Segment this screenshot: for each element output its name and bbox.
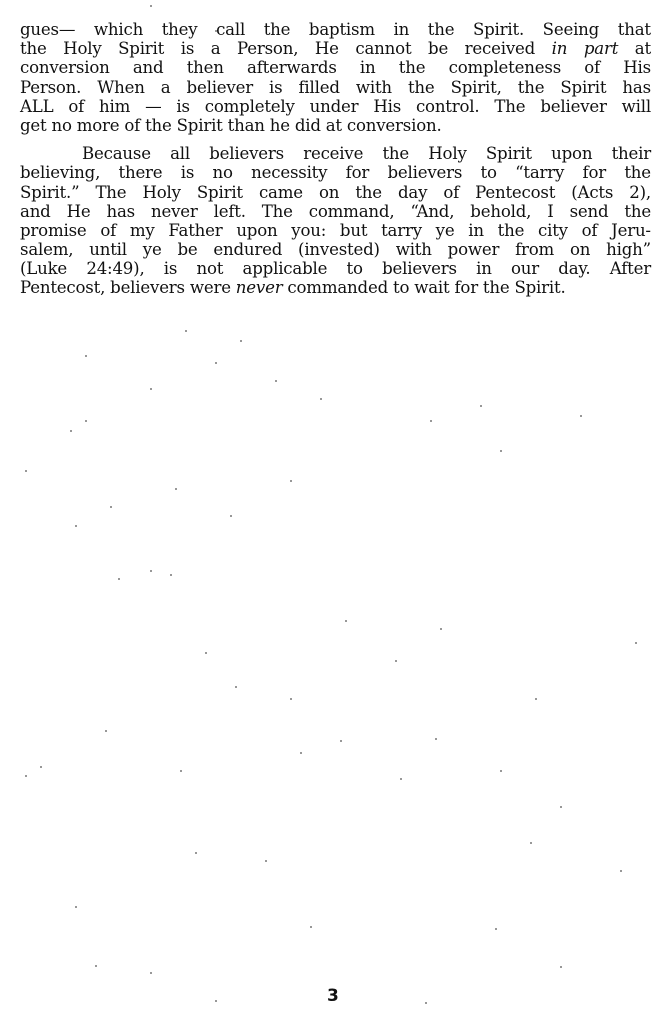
scan-speck <box>40 766 42 768</box>
word: (Luke <box>20 259 67 278</box>
word: you: <box>291 221 326 240</box>
word: the <box>264 20 291 39</box>
word: in <box>360 58 376 77</box>
word: under <box>310 97 359 116</box>
word: of <box>124 116 140 135</box>
word: The <box>494 97 525 116</box>
scan-speck <box>110 506 112 508</box>
scan-speck <box>440 628 442 630</box>
text-line: BecauseallbelieversreceivetheHolySpiritu… <box>20 144 651 163</box>
word: receive <box>303 144 363 163</box>
paragraph: BecauseallbelieversreceivetheHolySpiritu… <box>20 144 651 298</box>
word: completeness <box>449 58 561 77</box>
word: Pentecost, <box>20 278 105 297</box>
word: with <box>356 78 392 97</box>
word: 24:49), <box>86 259 144 278</box>
word: the <box>382 144 409 163</box>
italic-word: in <box>552 39 568 58</box>
scan-speck <box>85 420 87 422</box>
word: until <box>89 240 127 259</box>
word: that <box>618 20 651 39</box>
scan-speck <box>290 480 292 482</box>
text-line: gues—whichtheycallthebaptismintheSpirit.… <box>20 20 651 39</box>
word: believers <box>110 278 185 297</box>
word: His <box>373 97 401 116</box>
word: of <box>100 221 116 240</box>
word: — <box>145 97 161 116</box>
scan-speck <box>320 398 322 400</box>
word: day <box>398 183 427 202</box>
scan-speck <box>105 730 107 732</box>
word: Holy <box>63 39 101 58</box>
scan-speck <box>635 642 637 644</box>
text-line: salem,untilyebeendured(invested)withpowe… <box>20 240 651 259</box>
word: the <box>355 183 382 202</box>
word: The <box>262 202 293 221</box>
word: to <box>393 278 409 297</box>
word: the <box>518 78 545 97</box>
scan-speck <box>300 752 302 754</box>
word: in <box>468 221 484 240</box>
word: Spirit <box>118 39 164 58</box>
word: endured <box>213 240 282 259</box>
word: promise <box>20 221 87 240</box>
word: for <box>583 163 606 182</box>
word: for <box>454 278 477 297</box>
scan-speck <box>480 405 482 407</box>
word: is <box>164 259 177 278</box>
word: in <box>476 259 492 278</box>
word: and <box>133 58 164 77</box>
word: ALL <box>20 97 53 116</box>
scan-speck <box>185 330 187 332</box>
italic-word: never <box>236 278 283 297</box>
scan-speck <box>195 852 197 854</box>
word: Spirit. <box>473 20 524 39</box>
word: is <box>181 39 194 58</box>
scan-speck <box>150 5 152 7</box>
scan-speck <box>150 972 152 974</box>
word: baptism <box>309 20 375 39</box>
scan-speck <box>290 698 292 700</box>
word: Person. <box>20 78 81 97</box>
text-line: ALLofhim—iscompletelyunderHiscontrol.The… <box>20 97 651 116</box>
word: Spirit, <box>451 78 502 97</box>
word: The <box>95 183 126 202</box>
text-line: conversionandthenafterwardsinthecomplete… <box>20 58 651 77</box>
word: Jeru- <box>611 221 651 240</box>
word: the <box>624 163 651 182</box>
scan-speck <box>230 515 232 517</box>
word: the <box>498 221 525 240</box>
scan-speck <box>215 1000 217 1002</box>
body-text: gues—whichtheycallthebaptismintheSpirit.… <box>20 20 651 298</box>
word: of <box>584 58 600 77</box>
word: conversion <box>20 58 110 77</box>
text-line: getnomoreoftheSpiritthanhedidatconversio… <box>20 116 651 135</box>
word: a <box>161 78 171 97</box>
scan-speck <box>235 686 237 688</box>
word: believers <box>387 163 462 182</box>
word: commanded <box>287 278 388 297</box>
word: the <box>428 20 455 39</box>
word: has <box>622 78 651 97</box>
word: high” <box>606 240 651 259</box>
word: believer <box>540 97 606 116</box>
scan-speck <box>150 570 152 572</box>
scan-speck <box>310 926 312 928</box>
scan-speck <box>265 860 267 862</box>
word: their <box>612 144 651 163</box>
word: the <box>483 278 510 297</box>
word: cannot <box>355 39 411 58</box>
text-line: Person.WhenabelieverisfilledwiththeSpiri… <box>20 78 651 97</box>
document-page: gues—whichtheycallthebaptismintheSpirit.… <box>0 0 669 1024</box>
text-line: Pentecost,believerswerenevercommandedtow… <box>20 278 651 297</box>
word: Spirit <box>197 183 243 202</box>
word: but <box>340 221 367 240</box>
word: Person, <box>237 39 298 58</box>
word: control. <box>416 97 480 116</box>
scan-speck <box>340 740 342 742</box>
word: the <box>20 39 47 58</box>
word: at <box>635 39 651 58</box>
word: necessity <box>251 163 327 182</box>
scan-speck <box>535 698 537 700</box>
word: which <box>94 20 143 39</box>
scan-speck <box>25 470 27 472</box>
word: get <box>20 116 47 135</box>
word: ye <box>436 221 455 240</box>
scan-speck <box>75 906 77 908</box>
word: of <box>443 183 459 202</box>
word: day. <box>558 259 590 278</box>
word: completely <box>205 97 295 116</box>
scan-speck <box>215 362 217 364</box>
word: upon <box>551 144 592 163</box>
word: When <box>97 78 144 97</box>
word: I <box>547 202 553 221</box>
word: Spirit. <box>514 278 565 297</box>
scan-speck <box>118 578 120 580</box>
word: behold, <box>470 202 531 221</box>
scan-speck <box>240 340 242 342</box>
word: He <box>315 39 339 58</box>
text-line: theHolySpiritisaPerson,Hecannotbereceive… <box>20 39 651 58</box>
word: than <box>228 116 265 135</box>
word: upon <box>236 221 277 240</box>
word: After <box>610 259 651 278</box>
word: no <box>51 116 71 135</box>
word: left. <box>214 202 246 221</box>
word: the <box>408 78 435 97</box>
paragraph-gap <box>20 135 651 144</box>
word: His <box>623 58 651 77</box>
paragraph: gues—whichtheycallthebaptismintheSpirit.… <box>20 20 651 135</box>
word: Seeing <box>543 20 599 39</box>
word: came <box>259 183 303 202</box>
word: salem, <box>20 240 73 259</box>
scan-speck <box>180 770 182 772</box>
word: be <box>177 240 197 259</box>
word: (invested) <box>298 240 380 259</box>
scan-speck <box>85 355 87 357</box>
word: power <box>448 240 500 259</box>
word: be <box>428 39 448 58</box>
word: the <box>145 116 172 135</box>
word: the <box>624 202 651 221</box>
word: with <box>396 240 432 259</box>
scan-speck <box>500 450 502 452</box>
word: of <box>582 221 598 240</box>
word: ye <box>143 240 162 259</box>
word: He <box>67 202 91 221</box>
word: from <box>515 240 554 259</box>
word: at <box>326 116 342 135</box>
word: there <box>118 163 162 182</box>
scan-speck <box>205 652 207 654</box>
word: filled <box>298 78 339 97</box>
text-line: (Luke24:49),isnotapplicabletobelieversin… <box>20 259 651 278</box>
scan-speck <box>620 870 622 872</box>
word: “tarry <box>515 163 564 182</box>
word: call <box>216 20 245 39</box>
word: Holy <box>142 183 180 202</box>
word: not <box>197 259 224 278</box>
word: they <box>162 20 198 39</box>
word: 2), <box>629 183 651 202</box>
scan-speck <box>75 525 77 527</box>
scan-speck <box>580 415 582 417</box>
word: for <box>346 163 369 182</box>
scan-speck <box>560 806 562 808</box>
scan-speck <box>495 928 497 930</box>
word: Father <box>168 221 222 240</box>
scan-speck <box>530 842 532 844</box>
page-number: 3 <box>327 986 339 1006</box>
scan-speck <box>25 775 27 777</box>
word: applicable <box>243 259 328 278</box>
scan-speck <box>435 738 437 740</box>
word: send <box>570 202 609 221</box>
word: believers <box>209 144 284 163</box>
text-line: Spirit.”TheHolySpiritcameonthedayofPente… <box>20 183 651 202</box>
scan-speck <box>400 778 402 780</box>
word: “And, <box>410 202 454 221</box>
word: and <box>20 202 51 221</box>
word: received <box>465 39 535 58</box>
scan-speck <box>500 770 502 772</box>
word: Because <box>82 144 151 163</box>
word: did <box>295 116 321 135</box>
word: believer <box>187 78 253 97</box>
word: believing, <box>20 163 100 182</box>
word: Holy <box>428 144 466 163</box>
word: Pentecost <box>475 183 555 202</box>
word: all <box>170 144 190 163</box>
word: then <box>187 58 224 77</box>
word: tarry <box>381 221 422 240</box>
word: on <box>570 240 590 259</box>
text-line: andHehasneverleft.Thecommand,“And,behold… <box>20 202 651 221</box>
word: no <box>213 163 233 182</box>
text-line: believing,thereisnonecessityforbelievers… <box>20 163 651 182</box>
word: wait <box>414 278 449 297</box>
scan-speck <box>345 620 347 622</box>
scan-speck <box>150 388 152 390</box>
italic-word: part <box>584 39 618 58</box>
word: he <box>270 116 290 135</box>
word: has <box>106 202 135 221</box>
text-line: promiseofmyFatheruponyou:buttarryyeinthe… <box>20 221 651 240</box>
word: Spirit.” <box>20 183 79 202</box>
word: city <box>538 221 568 240</box>
word: afterwards <box>247 58 337 77</box>
word: my <box>130 221 155 240</box>
scan-speck <box>425 1002 427 1004</box>
word: gues— <box>20 20 75 39</box>
scan-speck <box>170 574 172 576</box>
word: is <box>181 163 194 182</box>
scan-speck <box>175 488 177 490</box>
word: were <box>190 278 231 297</box>
word: him <box>99 97 130 116</box>
word: to <box>481 163 497 182</box>
word: will <box>622 97 651 116</box>
word: on <box>319 183 339 202</box>
word: the <box>399 58 426 77</box>
word: is <box>176 97 189 116</box>
scan-speck <box>560 966 562 968</box>
scan-speck <box>215 30 217 32</box>
word: a <box>211 39 221 58</box>
scan-speck <box>95 965 97 967</box>
scan-speck <box>395 660 397 662</box>
word: our <box>511 259 539 278</box>
scan-speck <box>70 430 72 432</box>
word: never <box>151 202 198 221</box>
word: (Acts <box>571 183 613 202</box>
word: command, <box>309 202 395 221</box>
word: Spirit <box>177 116 223 135</box>
word: Spirit <box>560 78 606 97</box>
scan-speck <box>275 380 277 382</box>
word: Spirit <box>486 144 532 163</box>
word: conversion. <box>347 116 442 135</box>
word: believers <box>382 259 457 278</box>
scan-speck <box>430 420 432 422</box>
word: more <box>77 116 120 135</box>
word: in <box>394 20 410 39</box>
word: is <box>269 78 282 97</box>
word: to <box>347 259 363 278</box>
word: of <box>68 97 84 116</box>
